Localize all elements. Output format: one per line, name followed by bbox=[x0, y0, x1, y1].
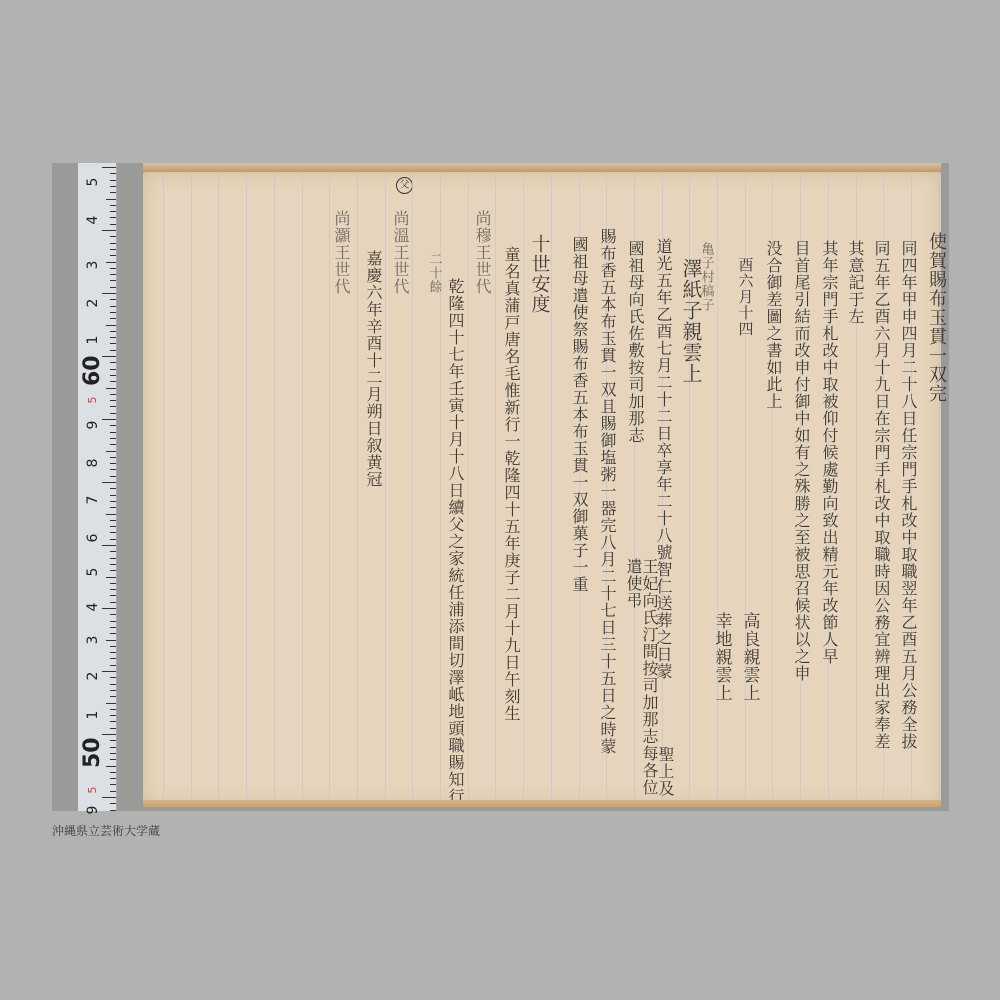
ruled-line bbox=[163, 172, 164, 805]
text-column: 同四年甲申四月二十八日任宗門手札改中取職翌年乙酉五月公務全拔 bbox=[900, 240, 916, 750]
ruled-line bbox=[302, 172, 303, 805]
ruler-tick bbox=[106, 514, 116, 515]
ruler-tick bbox=[110, 784, 116, 785]
ruler-tick bbox=[110, 715, 116, 716]
ruler-tick bbox=[110, 753, 116, 754]
ruler-tick bbox=[102, 608, 116, 609]
ruler-label: 1 bbox=[86, 329, 100, 351]
ruler-tick bbox=[110, 595, 116, 596]
ruler-tick bbox=[110, 677, 116, 678]
ruler-tick bbox=[106, 640, 116, 641]
ruler-tick bbox=[110, 173, 116, 174]
ruler-tick bbox=[110, 658, 116, 659]
ruler-tick bbox=[110, 432, 116, 433]
ruler-tick bbox=[110, 740, 116, 741]
ruler-tick bbox=[110, 495, 116, 496]
ruler-tick bbox=[102, 167, 116, 168]
page-bottom-edge bbox=[143, 800, 941, 807]
ruler-tick bbox=[110, 318, 116, 319]
ruler-label: 6 bbox=[86, 527, 100, 549]
ruler-tick bbox=[110, 463, 116, 464]
ruler-label: 4 bbox=[86, 596, 100, 618]
ruler-tick bbox=[110, 646, 116, 647]
ruler-tick bbox=[110, 564, 116, 565]
ruler-tick bbox=[110, 375, 116, 376]
text-column: 酉六月十四 bbox=[738, 257, 753, 337]
ruler-tick bbox=[110, 268, 116, 269]
ruler-tick bbox=[110, 627, 116, 628]
text-column: 嘉慶六年辛酉十二月朔日叙黄冠 bbox=[365, 250, 381, 488]
ruled-line bbox=[495, 172, 496, 805]
ruler-tick bbox=[102, 797, 116, 798]
ruler-tick bbox=[106, 577, 116, 578]
text-column: 使賀賜布玉貫一双完 bbox=[927, 232, 945, 403]
ruled-line bbox=[329, 172, 330, 805]
ruler-tick bbox=[110, 211, 116, 212]
ruler-tick bbox=[110, 362, 116, 363]
ruler-tick bbox=[110, 287, 116, 288]
ruler-tick bbox=[110, 614, 116, 615]
ruler-tick bbox=[102, 545, 116, 546]
ruler-tick bbox=[110, 192, 116, 193]
text-column: 高良親雲上 bbox=[741, 612, 758, 702]
ruler-tick bbox=[110, 810, 116, 811]
ruler-tick bbox=[102, 734, 116, 735]
ruler-label: 4 bbox=[86, 209, 100, 231]
text-column: 尚溫王世代 bbox=[392, 210, 408, 295]
ruler-tick bbox=[110, 709, 116, 710]
ruler-tick bbox=[110, 526, 116, 527]
ruler-tick bbox=[102, 482, 116, 483]
ruler-tick bbox=[110, 633, 116, 634]
ruler-label: 9 bbox=[86, 799, 100, 821]
text-column: 其年宗門手札改中取被仰付候處勤向致出精元年改節人早 bbox=[821, 240, 837, 665]
ruler-tick bbox=[110, 570, 116, 571]
ruler-tick bbox=[110, 186, 116, 187]
ruled-line bbox=[551, 172, 552, 805]
ruler-tick bbox=[110, 425, 116, 426]
ruler-tick bbox=[110, 306, 116, 307]
ruler-tick bbox=[110, 772, 116, 773]
ruler-tick bbox=[106, 451, 116, 452]
ruler-label: 2 bbox=[86, 665, 100, 687]
ruler-tick bbox=[110, 791, 116, 792]
ruler-tick bbox=[110, 728, 116, 729]
ruled-line bbox=[385, 172, 386, 805]
ruler-label: 50 bbox=[86, 742, 100, 768]
ruler-tick bbox=[110, 299, 116, 300]
text-column: 王妃向氏汀間按司加那志每各位遣使弔 bbox=[625, 558, 657, 805]
text-column: 其意記于左 bbox=[847, 240, 863, 325]
ruler-tick bbox=[110, 274, 116, 275]
ruler-tick bbox=[106, 325, 116, 326]
ruler-tick bbox=[110, 488, 116, 489]
ruled-line bbox=[717, 172, 718, 805]
text-column: 尚灝王世代 bbox=[333, 210, 349, 295]
ruled-line bbox=[523, 172, 524, 805]
ruler-tick bbox=[110, 558, 116, 559]
ruler-tick bbox=[110, 255, 116, 256]
text-column: 尚穆王世代 bbox=[474, 210, 490, 295]
text-column: 澤紙子親雲上 bbox=[681, 258, 701, 384]
ruler-tick bbox=[110, 337, 116, 338]
text-column: 聖上及 bbox=[657, 746, 673, 797]
text-column: 十世安度 bbox=[530, 234, 549, 314]
ruler-tick bbox=[110, 236, 116, 237]
ruler-tick bbox=[110, 444, 116, 445]
ruler-tick bbox=[110, 312, 116, 313]
ruled-line bbox=[191, 172, 192, 805]
ruler-label: 60 bbox=[86, 360, 100, 386]
ruler-tick bbox=[110, 350, 116, 351]
ruler-tick bbox=[110, 180, 116, 181]
ruler-tick bbox=[106, 262, 116, 263]
ruler-label: 5 bbox=[86, 561, 100, 583]
ruled-line bbox=[218, 172, 219, 805]
ruler-tick bbox=[106, 766, 116, 767]
ruler-tick bbox=[110, 665, 116, 666]
ruler-tick bbox=[110, 331, 116, 332]
ruler-label: 5 bbox=[86, 779, 100, 801]
ruler-tick bbox=[110, 205, 116, 206]
text-column: 國祖母遣使祭賜布香五本布玉貫一双御菓子一重 bbox=[571, 236, 587, 593]
ruler-tick bbox=[110, 369, 116, 370]
seal-stamp: 父 bbox=[396, 177, 413, 194]
ruler-tick bbox=[110, 684, 116, 685]
ruler-label: 9 bbox=[86, 414, 100, 436]
ruler-tick bbox=[110, 457, 116, 458]
ruler-tick bbox=[110, 394, 116, 395]
ruler-tick bbox=[110, 217, 116, 218]
ruler-tick bbox=[110, 520, 116, 521]
measuring-ruler: 543216059876543215059 bbox=[78, 163, 117, 811]
ruler-tick bbox=[110, 621, 116, 622]
ruler-label: 5 bbox=[86, 389, 100, 411]
ruler-tick bbox=[102, 671, 116, 672]
ruler-tick bbox=[110, 501, 116, 502]
text-column: 没合御差圖之書如此上 bbox=[765, 240, 781, 410]
ruler-tick bbox=[110, 400, 116, 401]
ruler-tick bbox=[110, 539, 116, 540]
ruler-tick bbox=[102, 293, 116, 294]
ruler-tick bbox=[106, 703, 116, 704]
ruler-label: 8 bbox=[86, 452, 100, 474]
text-column: 幸地親雲上 bbox=[713, 612, 730, 702]
ruled-line bbox=[468, 172, 469, 805]
ruled-line bbox=[357, 172, 358, 805]
text-column: 賜布香五本布玉貫一双且賜御塩粥一器完八月二十七日三十五日之時蒙 bbox=[599, 228, 615, 755]
ruler-tick bbox=[110, 280, 116, 281]
ruler-tick bbox=[110, 551, 116, 552]
text-column: 乾隆四十七年壬寅十月十八日續父之家統任浦添間切澤岻地頭職賜知行 bbox=[447, 278, 463, 805]
ruler-tick bbox=[110, 507, 116, 508]
ruler-tick bbox=[110, 803, 116, 804]
ruler-tick bbox=[110, 696, 116, 697]
ruler-tick bbox=[110, 589, 116, 590]
ruler-label: 5 bbox=[86, 171, 100, 193]
ruler-tick bbox=[110, 583, 116, 584]
ruler-label: 3 bbox=[86, 629, 100, 651]
text-column: 二十餘 bbox=[428, 252, 441, 294]
ruler-tick bbox=[110, 690, 116, 691]
ruler-tick bbox=[102, 230, 116, 231]
ruler-label: 2 bbox=[86, 292, 100, 314]
ruler-tick bbox=[110, 224, 116, 225]
ruler-tick bbox=[110, 759, 116, 760]
ruler-tick bbox=[110, 343, 116, 344]
text-column: 同五年乙酉六月十九日在宗門手札改中取職時因公務宜辨理出家奉差 bbox=[873, 240, 889, 750]
ruler-label: 7 bbox=[86, 489, 100, 511]
ruler-label: 1 bbox=[86, 704, 100, 726]
ruler-tick bbox=[110, 438, 116, 439]
ruler-tick bbox=[102, 419, 116, 420]
ruler-tick bbox=[110, 602, 116, 603]
ruled-line bbox=[412, 172, 413, 805]
ruler-tick bbox=[110, 406, 116, 407]
ruler-tick bbox=[110, 413, 116, 414]
text-column: 目首尾引結而改申付御中如有之殊勝之至被思召候状以之申 bbox=[793, 240, 809, 682]
ruler-tick bbox=[106, 388, 116, 389]
ruler-tick bbox=[110, 778, 116, 779]
ruler-tick bbox=[110, 243, 116, 244]
ruler-tick bbox=[106, 199, 116, 200]
ruler-tick bbox=[110, 381, 116, 382]
text-column: 童名真蒲戸唐名毛惟新行一乾隆四十五年庚子二月十九日午刻生 bbox=[503, 246, 519, 722]
ruler-tick bbox=[110, 747, 116, 748]
ruled-line bbox=[246, 172, 247, 805]
ruler-label: 3 bbox=[86, 254, 100, 276]
ruler-tick bbox=[110, 469, 116, 470]
ruled-line bbox=[274, 172, 275, 805]
collection-caption: 沖縄県立芸術大学蔵 bbox=[52, 822, 160, 839]
ruler-tick bbox=[110, 721, 116, 722]
text-column: 國祖母向氏佐敷按司加那志 bbox=[627, 240, 643, 444]
ruler-tick bbox=[110, 476, 116, 477]
ruler-tick bbox=[110, 532, 116, 533]
ruler-tick bbox=[110, 652, 116, 653]
ruler-tick bbox=[110, 249, 116, 250]
manuscript-page: 父 使賀賜布玉貫一双完同四年甲申四月二十八日任宗門手札改中取職翌年乙酉五月公務全… bbox=[143, 172, 941, 805]
